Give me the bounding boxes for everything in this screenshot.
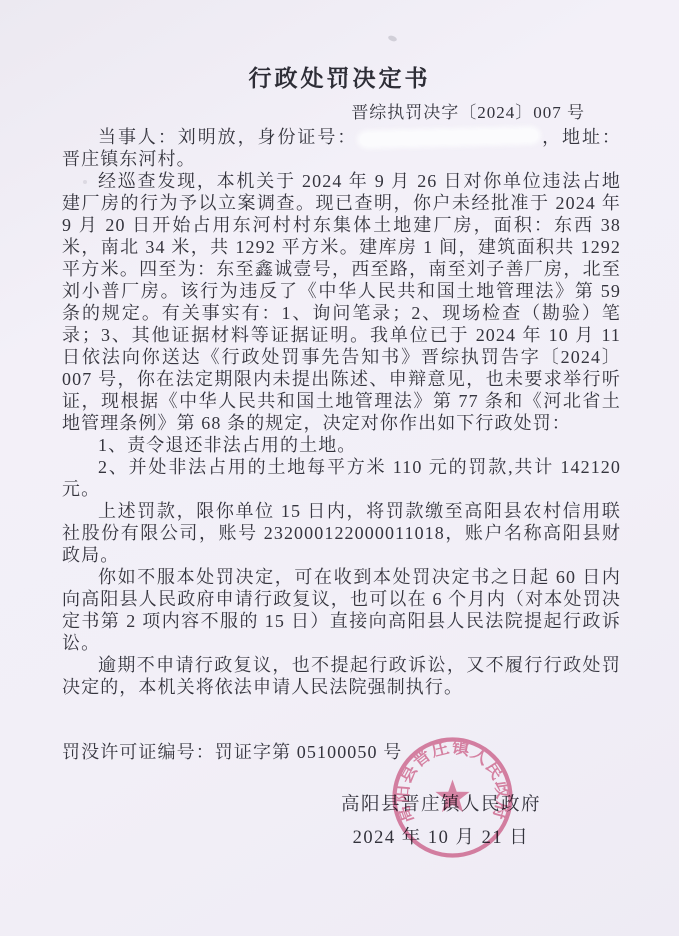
document-page: 行政处罚决定书 晋综执罚决字〔2024〕007 号 当事人：刘明放，身份证号：，…	[0, 0, 679, 936]
paragraph: 你如不服本处罚决定，可在收到本处罚决定书之日起 60 日内向高阳县人民政府申请行…	[62, 566, 621, 654]
redaction-mark	[360, 129, 538, 146]
paragraph: 经巡查发现，本机关于 2024 年 9 月 26 日对你单位违法占地建厂房的行为…	[62, 170, 621, 434]
paragraph: 1、责令退还非法占用的土地。	[62, 434, 621, 456]
party-paragraph: 当事人：刘明放，身份证号：，地址：晋庄镇东河村。	[62, 126, 621, 170]
document-title: 行政处罚决定书	[0, 0, 679, 93]
scan-artifact	[83, 180, 87, 184]
paragraph: 上述罚款，限你单位 15 日内，将罚款缴至高阳县农村信用联社股份有限公司，账号 …	[62, 500, 621, 566]
penalty-permit-number: 罚没许可证编号：罚证字第 05100050 号	[62, 738, 621, 764]
issuer-name: 高阳县晋庄镇人民政府	[341, 790, 541, 816]
document-number: 晋综执罚决字〔2024〕007 号	[0, 98, 679, 123]
paragraph: 2、并处非法占用的土地每平方米 110 元的罚款,共计 142120 元。	[62, 456, 621, 500]
party-text-before: 当事人：刘明放，身份证号：	[98, 127, 357, 147]
document-body: 当事人：刘明放，身份证号：，地址：晋庄镇东河村。 经巡查发现，本机关于 2024…	[62, 126, 621, 698]
issue-date: 2024 年 10 月 21 日	[341, 823, 541, 849]
paragraph: 逾期不申请行政复议，也不提起行政诉讼，又不履行行政处罚决定的，本机关将依法申请人…	[62, 654, 621, 698]
signature-block: 高阳县晋庄镇人民政府 2024 年 10 月 21 日	[341, 790, 541, 849]
